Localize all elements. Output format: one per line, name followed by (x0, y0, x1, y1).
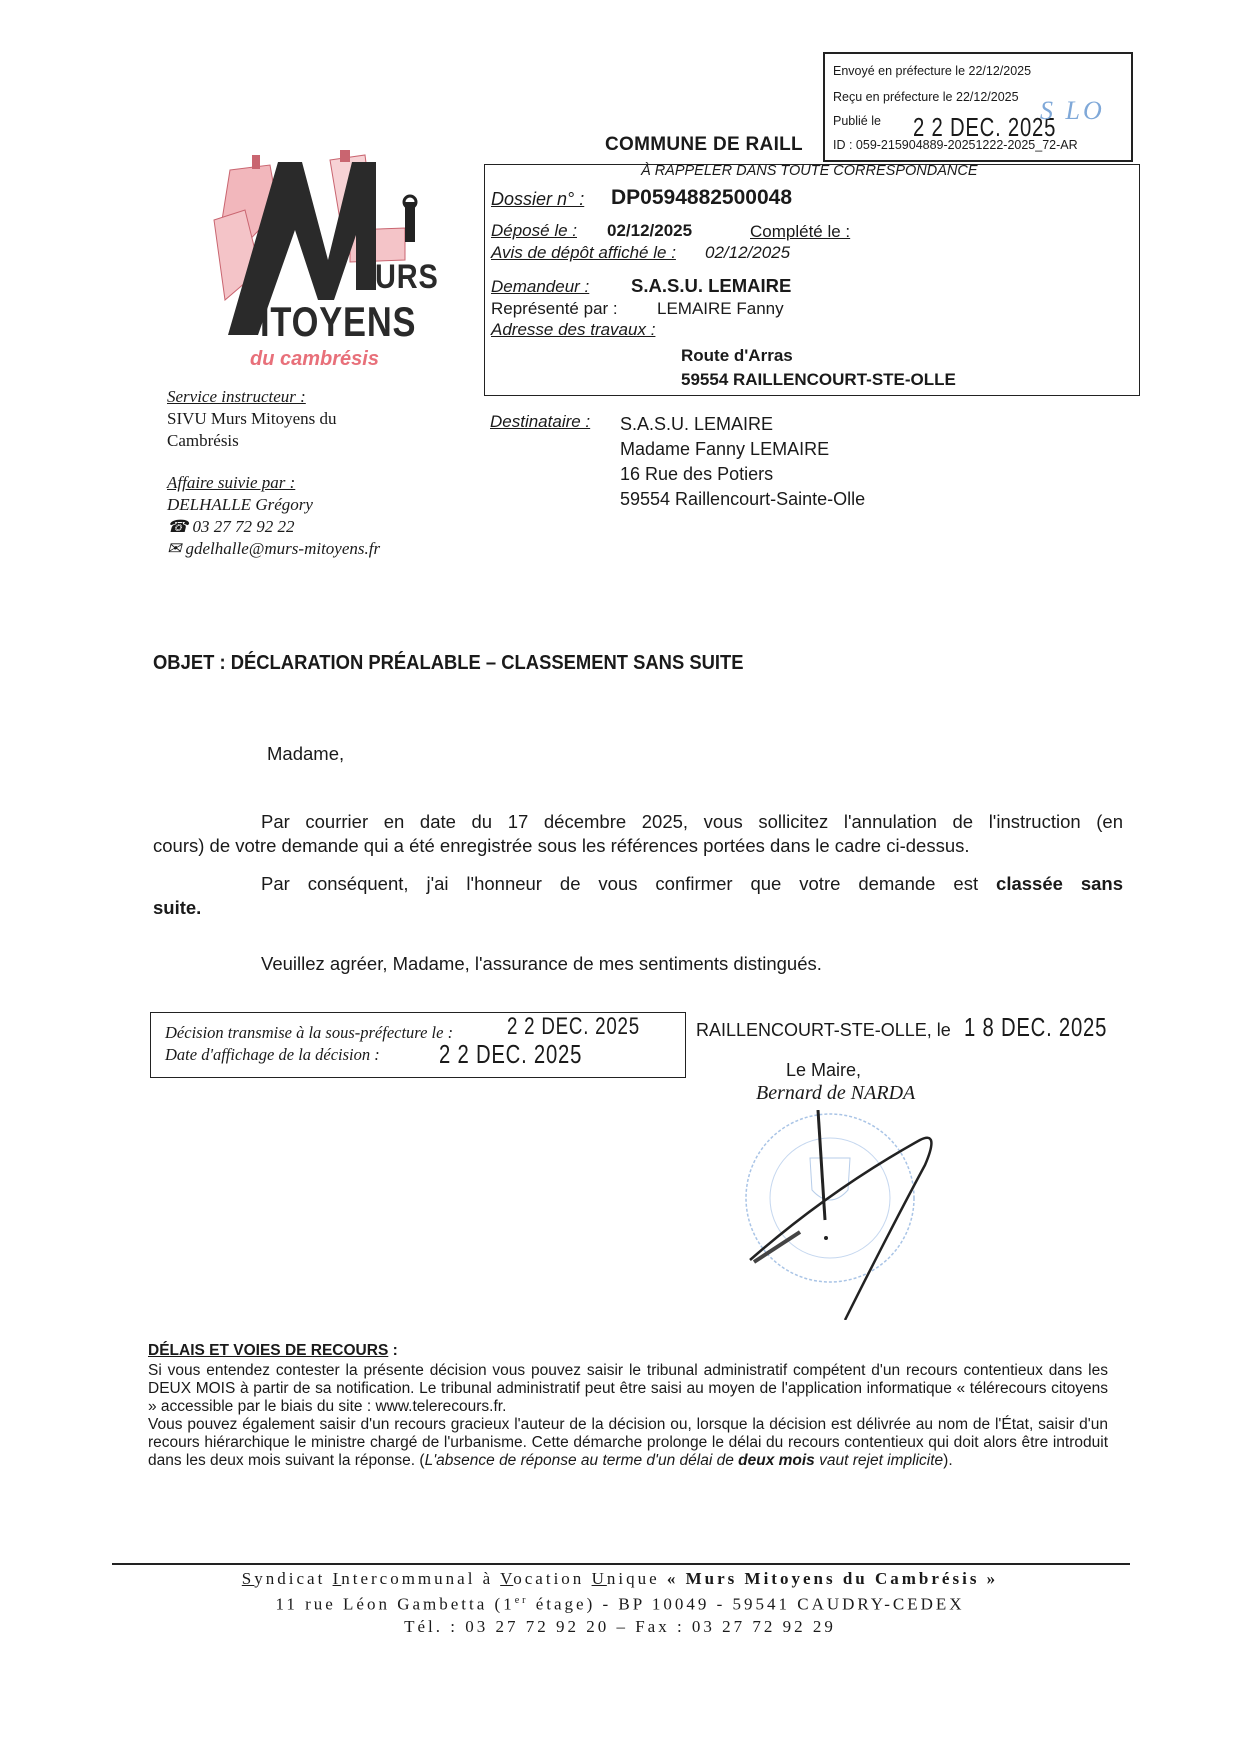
signature-place: RAILLENCOURT-STE-OLLE, le (696, 1020, 951, 1040)
paragraph-1-line2: cours) de votre demande qui a été enregi… (153, 834, 1123, 858)
works-address-line1: Route d'Arras (681, 346, 793, 366)
email-icon: ✉ (167, 539, 181, 558)
agent-phone: 03 27 72 92 22 (192, 517, 294, 536)
footer-org-name: « Murs Mitoyens du Cambrésis » (667, 1569, 998, 1588)
service-label: Service instructeur : (167, 386, 380, 408)
reminder-text: À RAPPELER DANS TOUTE CORRESPONDANCE (641, 163, 978, 179)
footer-line1: Syndicat Intercommunal à Vocation Unique… (100, 1568, 1140, 1590)
footer-divider (112, 1563, 1130, 1565)
footer-word: ocation (513, 1569, 591, 1588)
mayor-title: Le Maire, (786, 1060, 861, 1081)
appeal-title: DÉLAIS ET VOIES DE RECOURS (148, 1342, 388, 1359)
recipient-line: 16 Rue des Potiers (620, 462, 865, 487)
paragraph-1-line1: Par courrier en date du 17 décembre 2025… (153, 810, 1123, 834)
appeal-p2-end: ). (943, 1452, 952, 1469)
notice-label: Avis de dépôt affiché le : (491, 243, 676, 263)
handwritten-initials: S LO (1040, 96, 1105, 126)
works-address-label: Adresse des travaux : (491, 320, 655, 340)
recipient-label: Destinataire : (490, 412, 590, 432)
represented-name: LEMAIRE Fanny (657, 299, 784, 319)
deposited-date: 02/12/2025 (607, 221, 692, 241)
footer-line3: Tél. : 03 27 72 92 20 – Fax : 03 27 72 9… (100, 1616, 1140, 1638)
subject-line: OBJET : DÉCLARATION PRÉALABLE – CLASSEME… (153, 652, 744, 675)
logo-line2: ITOYENS (260, 298, 416, 346)
agent-email[interactable]: gdelhalle@murs-mitoyens.fr (186, 539, 381, 558)
service-name-line1: SIVU Murs Mitoyens du (167, 408, 380, 430)
paragraph-2-bold: classée sans (996, 873, 1123, 894)
footer-word: yndicat (254, 1569, 332, 1588)
appeal-p2-italic-end: vaut rejet implicite (815, 1452, 943, 1469)
appeal-title-suffix: : (388, 1342, 397, 1359)
transmitted-label: Décision transmise à la sous-préfecture … (165, 1023, 453, 1043)
mayor-name: Bernard de NARDA (756, 1082, 915, 1105)
works-address-line2: 59554 RAILLENCOURT-STE-OLLE (681, 370, 956, 390)
footer: Syndicat Intercommunal à Vocation Unique… (100, 1568, 1140, 1638)
closing: Veuillez agréer, Madame, l'assurance de … (261, 952, 1123, 976)
transmitted-date-stamp: 2 2 DEC. 2025 (507, 1013, 640, 1041)
recipient-line: Madame Fanny LEMAIRE (620, 437, 865, 462)
logo-subtitle: du cambrésis (250, 348, 379, 371)
recipient-line: 59554 Raillencourt-Sainte-Olle (620, 487, 865, 512)
agent-name: DELHALLE Grégory (167, 494, 380, 516)
applicant-name: S.A.S.U. LEMAIRE (631, 275, 791, 297)
paragraph-2-line2: suite. (153, 896, 1123, 920)
prefecture-published-label: Publié le (833, 114, 881, 128)
phone-icon: ☎ (167, 517, 188, 536)
dossier-number-label: Dossier n° : (491, 189, 584, 210)
followed-label: Affaire suivie par : (167, 472, 380, 494)
signature-and-seal (740, 1110, 1000, 1320)
footer-line2: 11 rue Léon Gambetta (1er étage) - BP 10… (100, 1590, 1140, 1616)
appeal-paragraph-1: Si vous entendez contester la présente d… (148, 1362, 1108, 1416)
logo-line1: URS (375, 258, 439, 297)
appeal-paragraph-2: Vous pouvez également saisir d'un recour… (148, 1416, 1108, 1470)
footer-address-sup: er (515, 1595, 529, 1606)
service-name-line2: Cambrésis (167, 430, 380, 452)
posted-date-stamp: 2 2 DEC. 2025 (439, 1039, 582, 1070)
paragraph-2-line1: Par conséquent, j'ai l'honneur de vous c… (153, 872, 1123, 896)
decision-box: Décision transmise à la sous-préfecture … (150, 1012, 686, 1078)
signature-date-stamp: 1 8 DEC. 2025 (964, 1012, 1107, 1043)
letter-body: Madame, Par courrier en date du 17 décem… (153, 742, 1123, 976)
murs-mitoyens-logo: URS ITOYENS du cambrésis (200, 150, 450, 380)
salutation: Madame, (267, 742, 1123, 766)
place-date: RAILLENCOURT-STE-OLLE, le 1 8 DEC. 2025 (696, 1012, 1147, 1043)
appeal-section: DÉLAIS ET VOIES DE RECOURS : Si vous ent… (148, 1342, 1108, 1470)
paragraph-2-text: Par conséquent, j'ai l'honneur de vous c… (261, 873, 978, 894)
signature-icon (740, 1110, 1000, 1320)
recipient-line: S.A.S.U. LEMAIRE (620, 412, 865, 437)
footer-word: nique (607, 1569, 667, 1588)
paragraph-2-bold-end: suite. (153, 897, 201, 918)
appeal-p2-bold: deux mois (738, 1452, 815, 1469)
footer-word: ntercommunal à (341, 1569, 500, 1588)
footer-initial: V (500, 1569, 513, 1588)
commune-heading: COMMUNE DE RAILL (605, 134, 803, 156)
appeal-p2-italic: L'absence de réponse au terme d'un délai… (425, 1452, 739, 1469)
prefecture-id: ID : 059-215904889-20251222-2025_72-AR (833, 138, 1078, 152)
posted-label: Date d'affichage de la décision : (165, 1045, 380, 1065)
represented-label: Représenté par : (491, 299, 618, 319)
footer-initial: U (592, 1569, 607, 1588)
completed-label: Complété le : (750, 222, 850, 242)
footer-address-b: étage) - BP 10049 - 59541 CAUDRY-CEDEX (528, 1595, 964, 1614)
footer-initial: I (333, 1569, 342, 1588)
prefecture-received: Reçu en préfecture le 22/12/2025 (833, 90, 1019, 104)
recipient-address: S.A.S.U. LEMAIRE Madame Fanny LEMAIRE 16… (620, 412, 865, 512)
service-info: Service instructeur : SIVU Murs Mitoyens… (167, 386, 380, 560)
deposited-label: Déposé le : (491, 221, 577, 241)
applicant-label: Demandeur : (491, 277, 589, 297)
dossier-box: À RAPPELER DANS TOUTE CORRESPONDANCE Dos… (484, 164, 1140, 396)
prefecture-sent: Envoyé en préfecture le 22/12/2025 (833, 64, 1031, 78)
footer-address-a: 11 rue Léon Gambetta (1 (275, 1595, 514, 1614)
footer-initial: S (242, 1569, 254, 1588)
dossier-number: DP0594882500048 (611, 186, 792, 210)
notice-date: 02/12/2025 (705, 243, 790, 263)
